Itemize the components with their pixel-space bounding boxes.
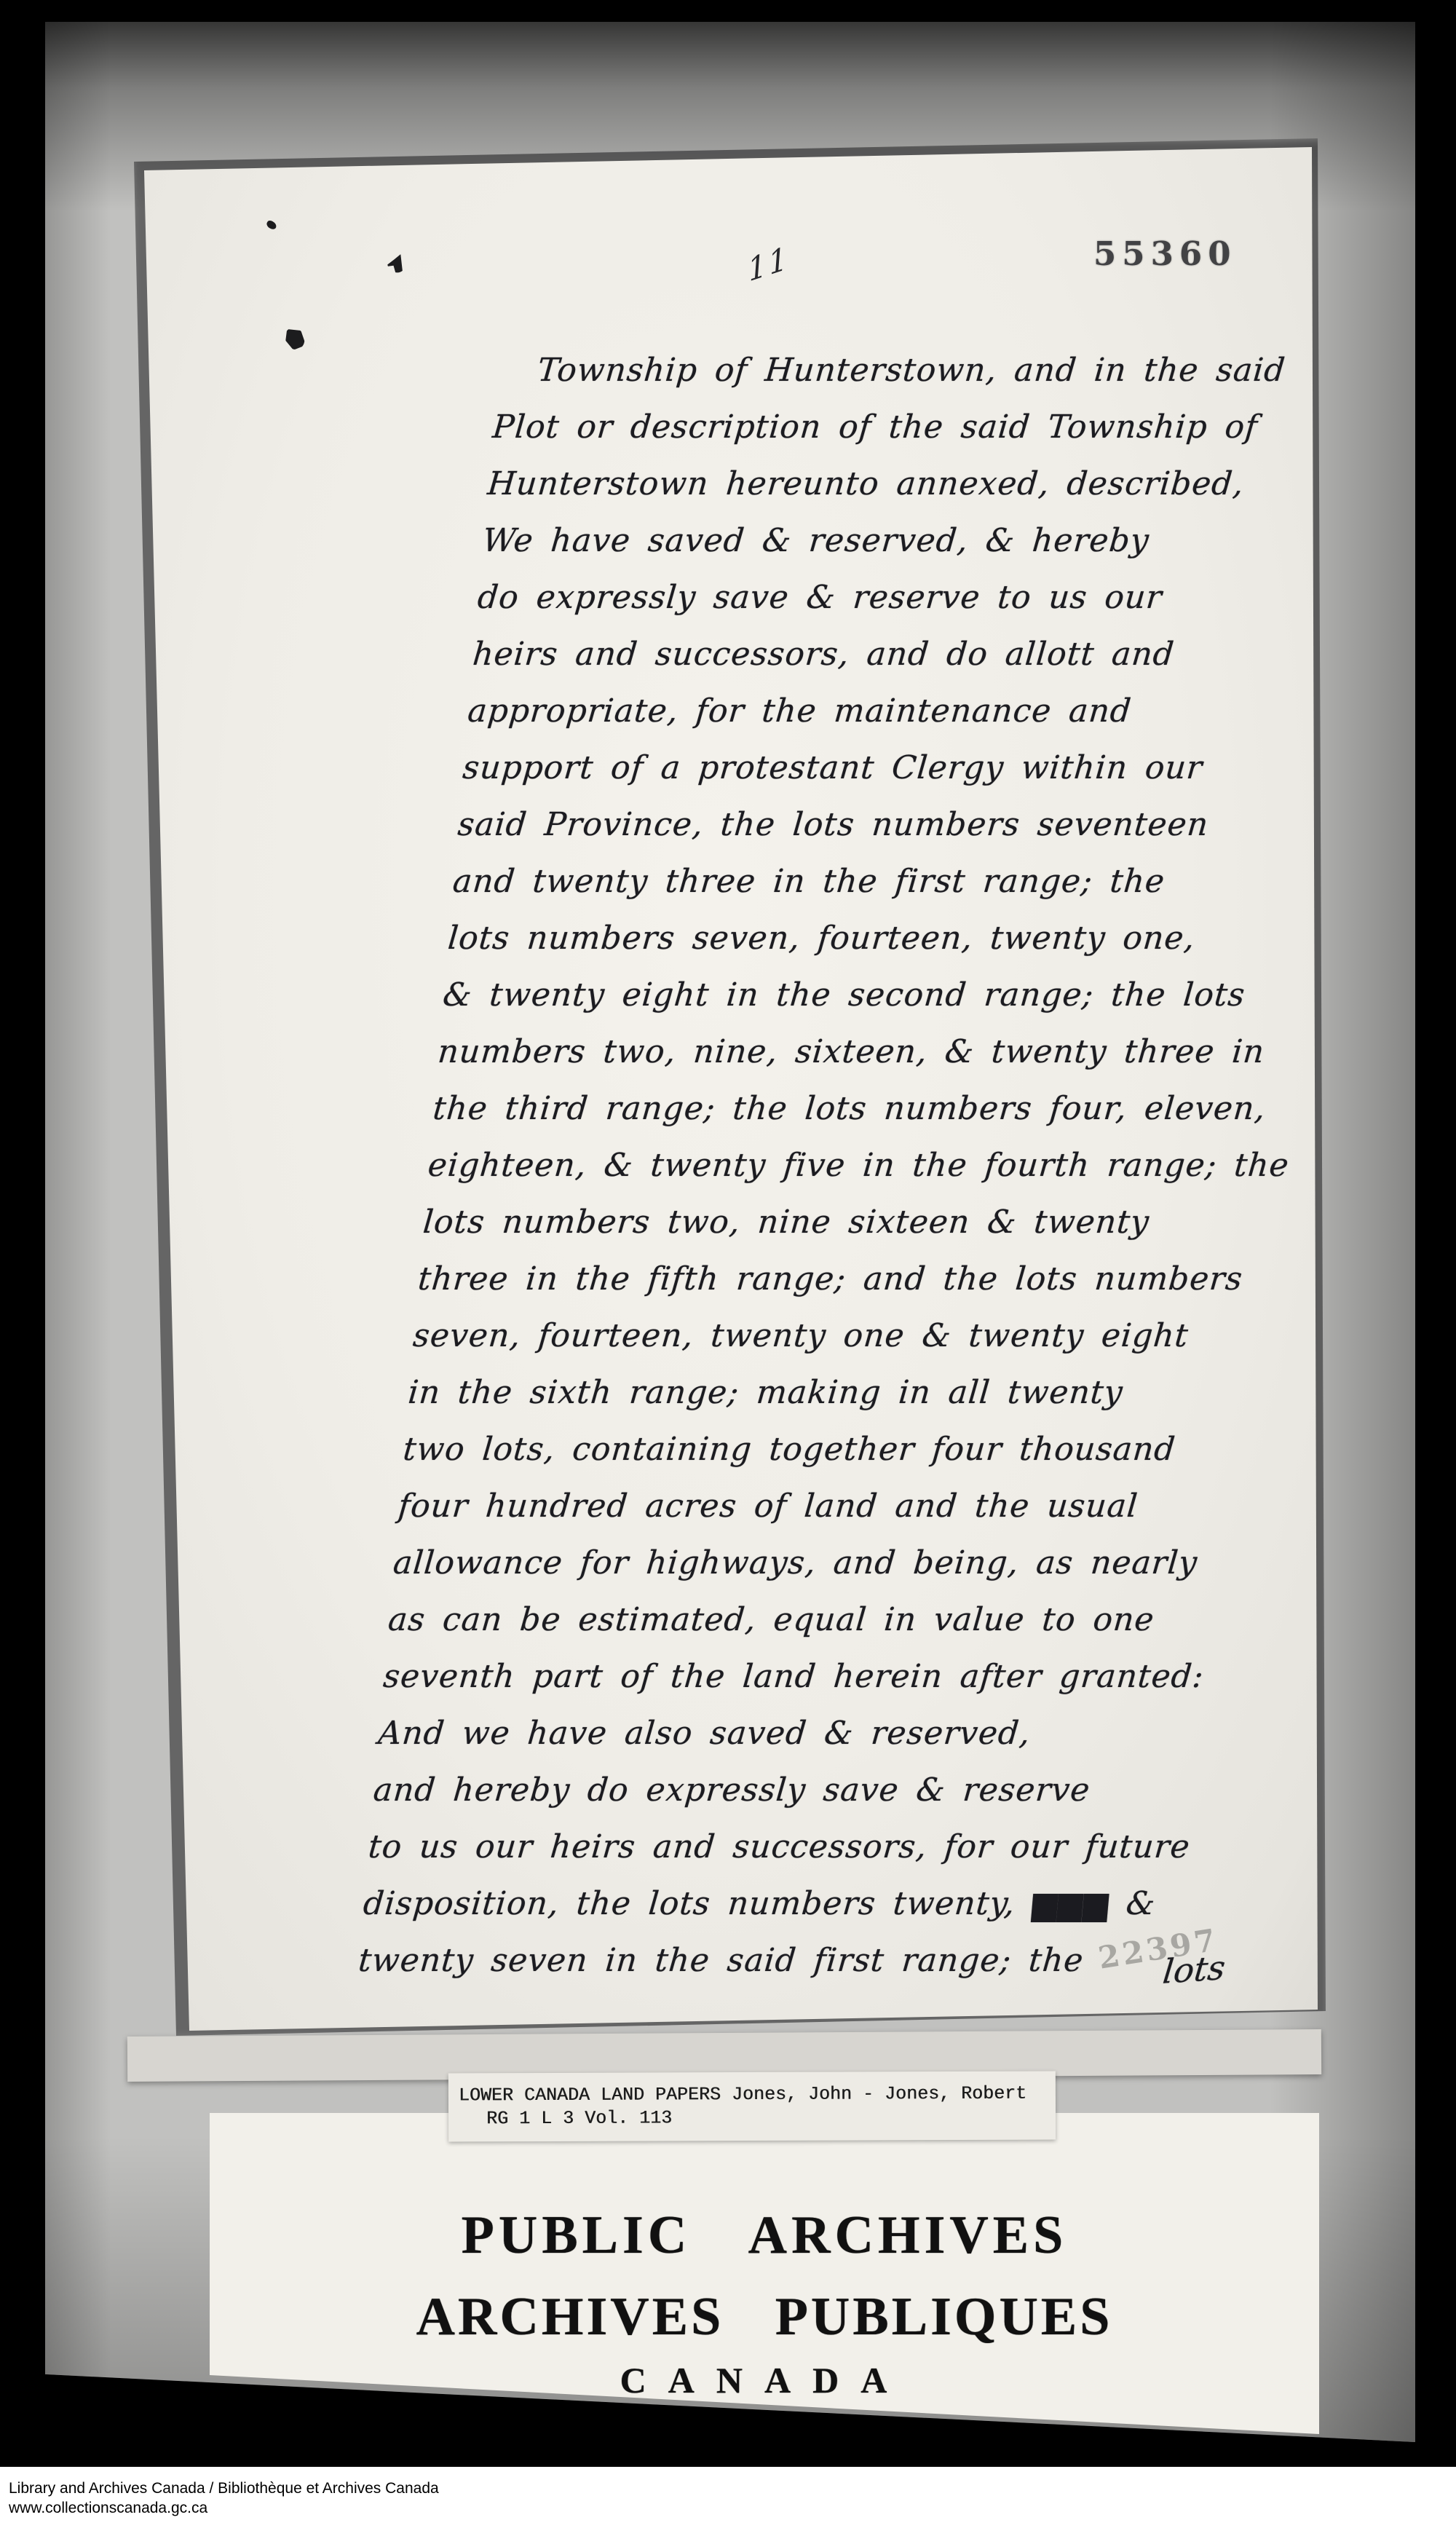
- manuscript-line: the third range; the lots numbers four, …: [430, 1081, 1320, 1137]
- public-archives-title-en: PUBLIC ARCHIVES: [210, 2205, 1319, 2267]
- manuscript-line: four hundred acres of land and the usual: [396, 1478, 1286, 1535]
- catalogue-label-reference: RG 1 L 3 Vol. 113: [486, 2107, 672, 2129]
- ink-blot: [265, 219, 277, 231]
- lac-footer-institution: Library and Archives Canada / Bibliothèq…: [9, 2480, 439, 2497]
- backing-bottom-edge-highlight: [114, 2417, 1198, 2470]
- manuscript-line: Township of Hunterstown, and in the said: [495, 342, 1385, 399]
- public-archives-card: PUBLIC ARCHIVES ARCHIVES PUBLIQUES CANAD…: [210, 2113, 1319, 2441]
- public-archives-title-fr: ARCHIVES PUBLIQUES: [210, 2286, 1319, 2348]
- ink-blot: [384, 250, 409, 275]
- scanned-document-frame: KODAK SAFETY FILM 55360 11 Township of H…: [0, 0, 1456, 2528]
- manuscript-line: eighteen, & twenty five in the fourth ra…: [426, 1137, 1315, 1194]
- manuscript-line: to us our heirs and successors, for our …: [366, 1819, 1256, 1876]
- manuscript-line: said Province, the lots numbers seventee…: [456, 797, 1345, 853]
- manuscript-line: lots numbers two, nine sixteen & twenty: [421, 1194, 1310, 1251]
- lac-footer-bar: Library and Archives Canada / Bibliothèq…: [0, 2467, 1456, 2528]
- lac-footer-url: www.collectionscanada.gc.ca: [9, 2500, 207, 2517]
- manuscript-line: and twenty three in the first range; the: [451, 853, 1340, 910]
- manuscript-line: Plot or description of the said Township…: [490, 399, 1380, 456]
- page-number-stamp: 55360: [1093, 234, 1237, 273]
- manuscript-line: do expressly save & reserve to us our: [475, 569, 1365, 626]
- manuscript-line: appropriate, for the maintenance and: [465, 683, 1355, 740]
- manuscript-line: and hereby do expressly save & reserve: [371, 1762, 1261, 1819]
- catalogue-label: LOWER CANADA LAND PAPERS Jones, John - J…: [448, 2071, 1056, 2142]
- manuscript-line: lots numbers seven, fourteen, twenty one…: [446, 910, 1335, 967]
- manuscript-page: 55360 11 Township of Hunterstown, and in…: [138, 146, 1321, 2033]
- manuscript-line: & twenty eight in the second range; the …: [440, 967, 1330, 1024]
- manuscript-line: And we have also saved & reserved,: [376, 1705, 1265, 1762]
- manuscript-line: two lots, containing together four thous…: [400, 1421, 1290, 1478]
- handwritten-page-mark: 11: [746, 239, 791, 288]
- manuscript-line: support of a protestant Clergy within ou…: [460, 740, 1350, 797]
- manuscript-line: We have saved & reserved, & hereby: [480, 513, 1370, 569]
- manuscript-line: three in the fifth range; and the lots n…: [416, 1251, 1305, 1308]
- manuscript-line: disposition, the lots numbers twenty, ▆▆…: [361, 1876, 1251, 1932]
- ink-blot: [283, 326, 306, 352]
- manuscript-line: as can be estimated, equal in value to o…: [386, 1592, 1275, 1648]
- manuscript-line: numbers two, nine, sixteen, & twenty thr…: [435, 1024, 1325, 1081]
- manuscript-line: heirs and successors, and do allott and: [470, 626, 1360, 683]
- manuscript-line: seven, fourteen, twenty one & twenty eig…: [411, 1308, 1300, 1364]
- catchword: lots: [1161, 1948, 1227, 1991]
- backing-shadow-left: [45, 22, 111, 2442]
- manuscript-line: seventh part of the land herein after gr…: [381, 1648, 1270, 1705]
- manuscript-line: Hunterstown hereunto annexed, described,: [485, 456, 1374, 513]
- manuscript-line: allowance for highways, and being, as ne…: [391, 1535, 1281, 1592]
- manuscript-line: in the sixth range; making in all twenty: [405, 1364, 1295, 1421]
- catalogue-label-collection: LOWER CANADA LAND PAPERS Jones, John - J…: [459, 2083, 1026, 2106]
- public-archives-canada: CANADA: [210, 2359, 1319, 2401]
- manuscript-text-block: Township of Hunterstown, and in the said…: [356, 342, 1385, 1989]
